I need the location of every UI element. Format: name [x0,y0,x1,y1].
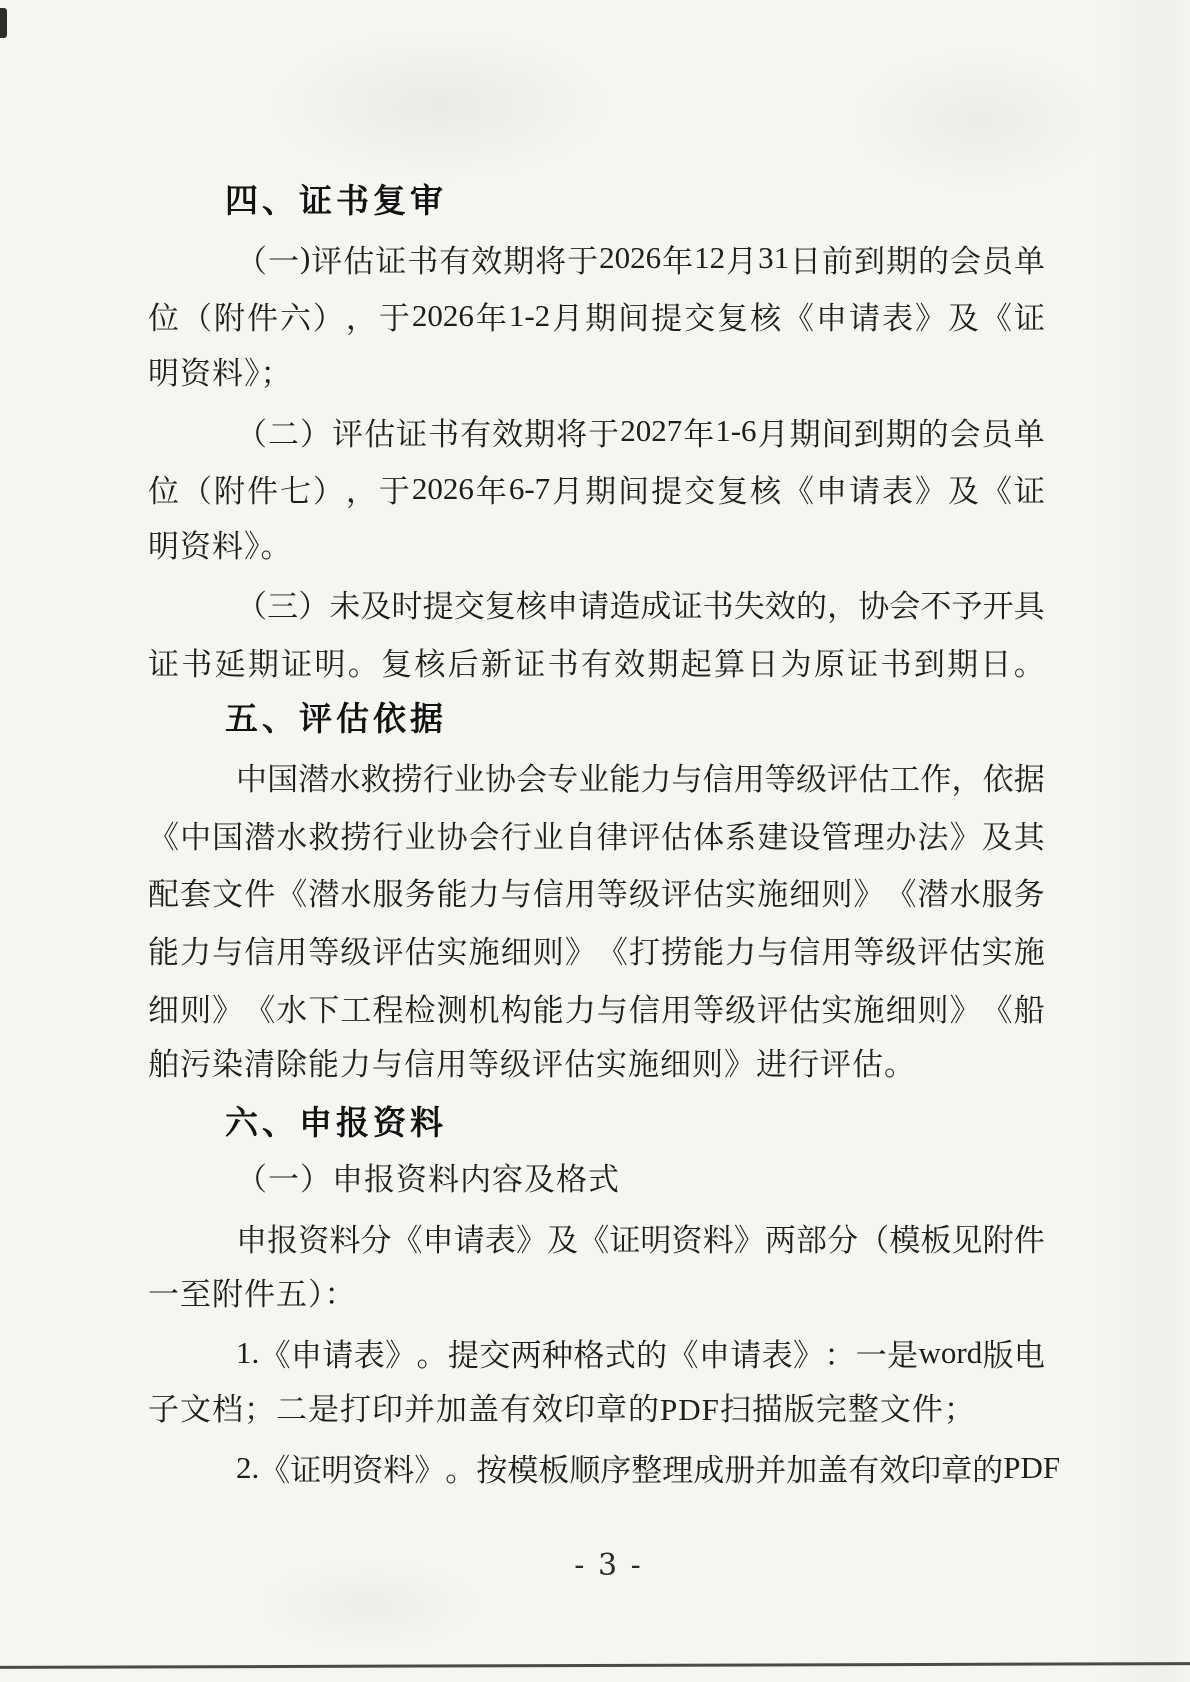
text-line: 《中国潜水救捞行业协会行业自律评估体系建设管理办法》及其 [148,806,1045,864]
text-line: （二）评估证书有效期将于2027年1-6月期间到期的会员单 [148,402,1045,460]
text-line: 细则》《水下工程检测机构能力与信用等级评估实施细则》《船 [148,978,1045,1036]
text-line: 证书延期证明。复核后新证书有效期起算日为原证书到期日。 [148,633,1045,691]
text-line: 位（附件七），于2026年6-7月期间提交复核《申请表》及《证 [148,460,1045,518]
text-line: 配套文件《潜水服务能力与信用等级评估实施细则》《潜水服务 [148,863,1045,921]
text-line: 中国潜水救捞行业协会专业能力与信用等级评估工作，依据 [148,748,1045,806]
scan-smudge [1100,0,1190,1682]
scan-bottom-edge-line [0,1662,1190,1669]
text-line: 申报资料分《申请表》及《证明资料》两部分（模板见附件 [148,1209,1045,1267]
text-line: 一至附件五）： [148,1266,1045,1324]
scan-smudge [850,50,1110,190]
text-line: 舶污染清除能力与信用等级评估实施细则》进行评估。 [148,1036,1045,1094]
section-heading: 五、评估依据 [148,690,1045,748]
text-line: 明资料》。 [148,518,1045,576]
text-line: 1.《申请表》。提交两种格式的《申请表》：一是word版电 [148,1324,1045,1382]
text-line: 明资料》； [148,345,1045,403]
page-number: - 3 - [160,1545,1057,1587]
text-line: 子文档；二是打印并加盖有效印章的PDF扫描版完整文件； [148,1381,1045,1439]
text-line: （一）申报资料内容及格式 [148,1151,1045,1209]
document-body: 四、证书复审 （一)评估证书有效期将于2026年12月31日前到期的会员单 位（… [148,172,1045,1497]
scanned-document-page: 四、证书复审 （一)评估证书有效期将于2026年12月31日前到期的会员单 位（… [0,0,1190,1682]
text-line: （一)评估证书有效期将于2026年12月31日前到期的会员单 [148,230,1045,288]
scan-smudge [270,30,610,180]
scan-edge-mark [0,8,7,38]
text-line: 能力与信用等级评估实施细则》《打捞能力与信用等级评估实施 [148,921,1045,979]
text-line: （三）未及时提交复核申请造成证书失效的，协会不予开具 [148,575,1045,633]
section-heading: 六、申报资料 [148,1094,1045,1152]
text-line: 2.《证明资料》。按模板顺序整理成册并加盖有效印章的PDF [148,1439,1045,1497]
section-heading: 四、证书复审 [148,172,1045,230]
text-line: 位（附件六），于2026年1-2月期间提交复核《申请表》及《证 [148,287,1045,345]
